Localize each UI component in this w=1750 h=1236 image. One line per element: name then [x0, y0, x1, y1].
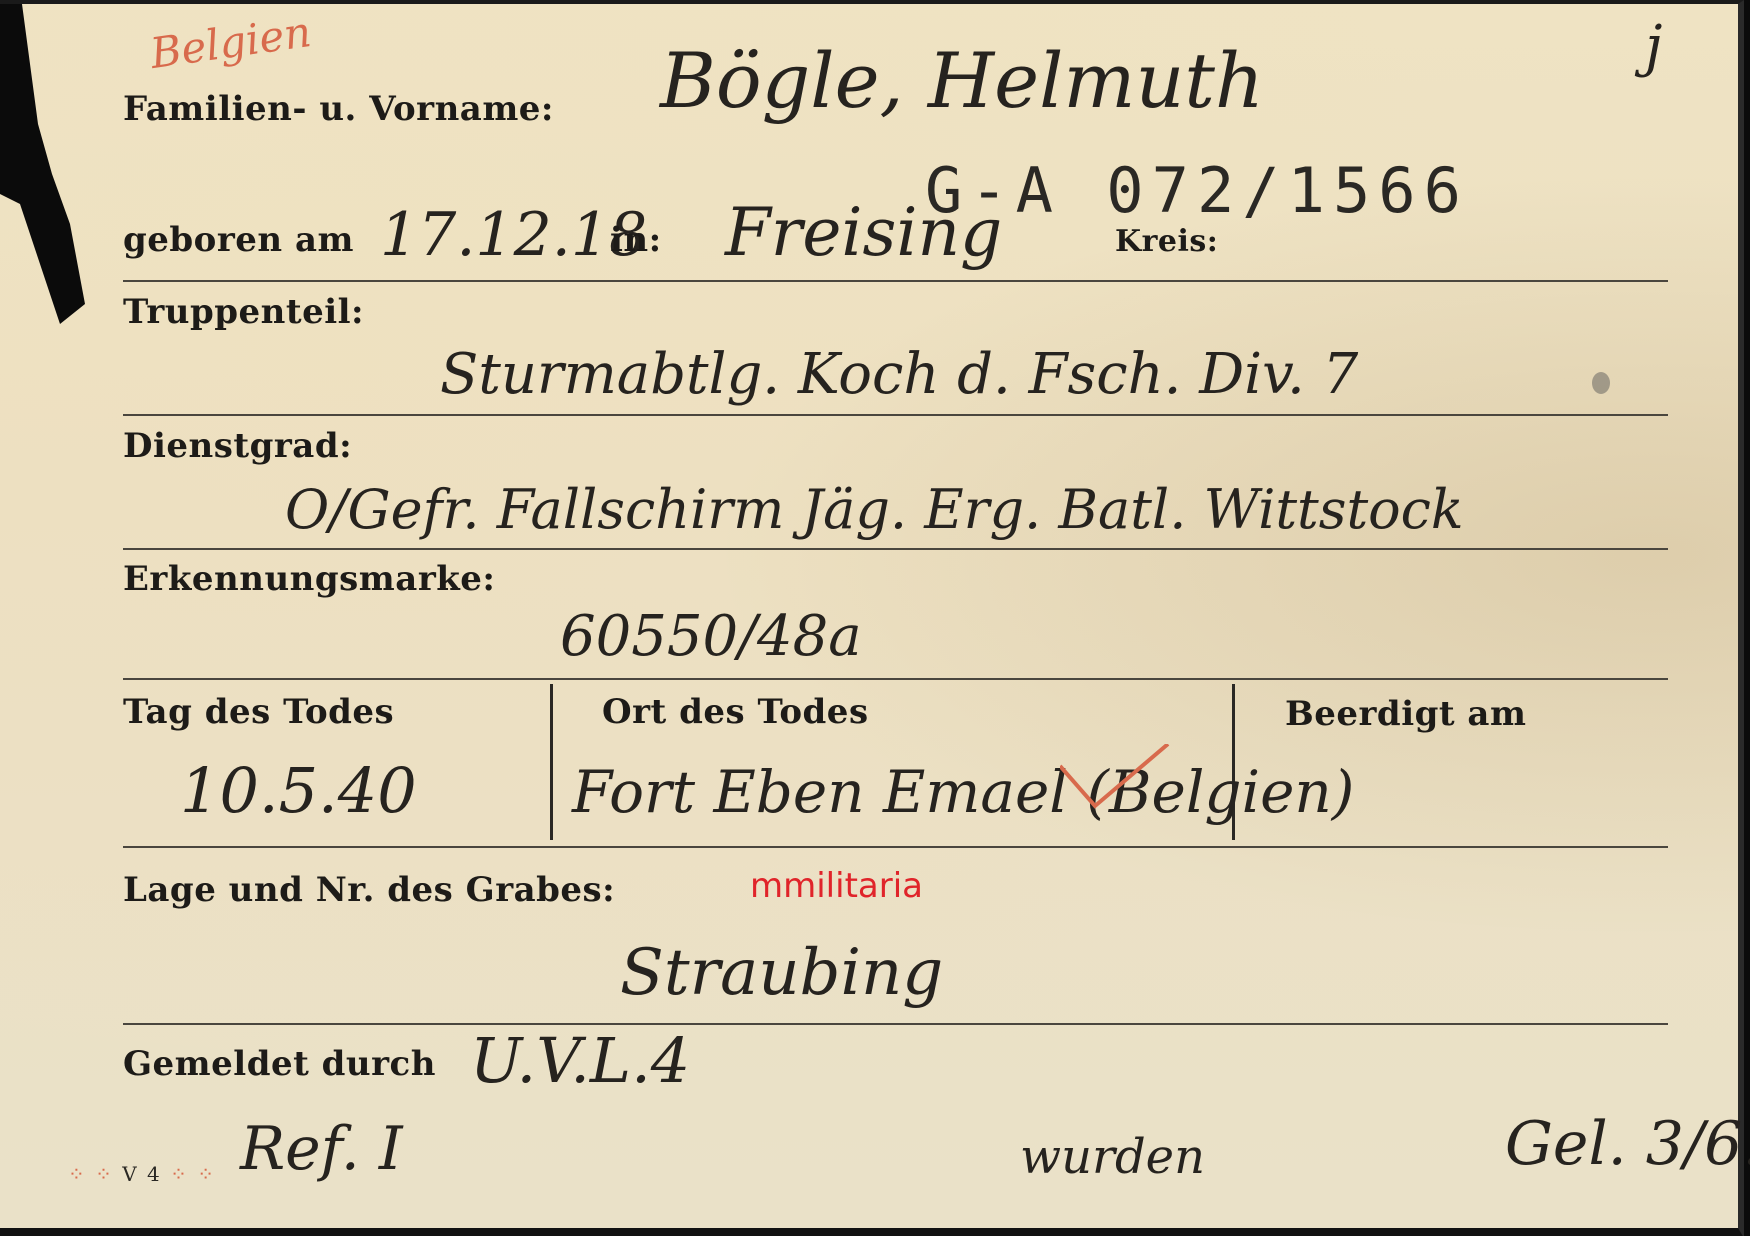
typed-file-number: G-A 072/1566 [925, 154, 1469, 227]
stamp-text: V 4 [122, 1162, 162, 1186]
reported-label: Gemeldet durch [123, 1044, 436, 1084]
rank-value: O/Gefr. Fallschirm Jäg. Erg. Batl. Witts… [285, 478, 1464, 541]
grave-value: Straubing [620, 936, 943, 1010]
corner-mark: j [1645, 14, 1662, 79]
red-annotation-belgien: Belgien [147, 7, 314, 78]
footer-word: wurden [1020, 1129, 1205, 1185]
born-date-label: geboren am [123, 220, 354, 260]
death-place-value: Fort Eben Emael (Belgien) [572, 758, 1354, 826]
death-place-label: Ort des Todes [602, 692, 869, 732]
name-label: Familien- u. Vorname: [123, 89, 554, 129]
index-card: Belgien j Familien- u. Vorname: Bögle, H… [0, 0, 1744, 1236]
ref-value: Ref. I [240, 1114, 403, 1184]
signature-date: Gel. 3/6. [1505, 1109, 1750, 1179]
torn-corner [0, 4, 90, 334]
grave-label: Lage und Nr. des Grabes: [123, 870, 615, 910]
rule-5 [123, 846, 1668, 848]
rule-4 [123, 678, 1668, 680]
rule-6 [123, 1023, 1668, 1025]
buried-label: Beerdigt am [1285, 694, 1526, 734]
kreis-label: Kreis: [1115, 224, 1218, 259]
reported-value: U.V.L.4 [470, 1024, 690, 1097]
death-date-value: 10.5.40 [180, 754, 417, 827]
rule-3 [123, 548, 1668, 550]
unit-label: Truppenteil: [123, 292, 364, 332]
tag-label: Erkennungsmarke: [123, 559, 495, 599]
ink-spot [1592, 372, 1610, 394]
tag-value: 60550/48a [560, 604, 862, 669]
red-stamp: ⁘ ⁘ V 4 ⁘ ⁘ [68, 1162, 216, 1186]
name-value: Bögle, Helmuth [660, 36, 1264, 125]
born-date-value: 17.12.18 [380, 200, 647, 270]
unit-value: Sturmabtlg. Koch d. Fsch. Div. 7 [440, 342, 1358, 407]
red-check-mark [1060, 744, 1200, 824]
rule-2 [123, 414, 1668, 416]
column-divider-1 [550, 684, 553, 840]
death-date-label: Tag des Todes [123, 692, 394, 732]
born-place-label: in: [610, 220, 662, 260]
born-place-value: Freising [725, 194, 1002, 271]
watermark: mmilitaria [750, 866, 923, 906]
rank-label: Dienstgrad: [123, 426, 352, 466]
rule-1 [123, 280, 1668, 282]
